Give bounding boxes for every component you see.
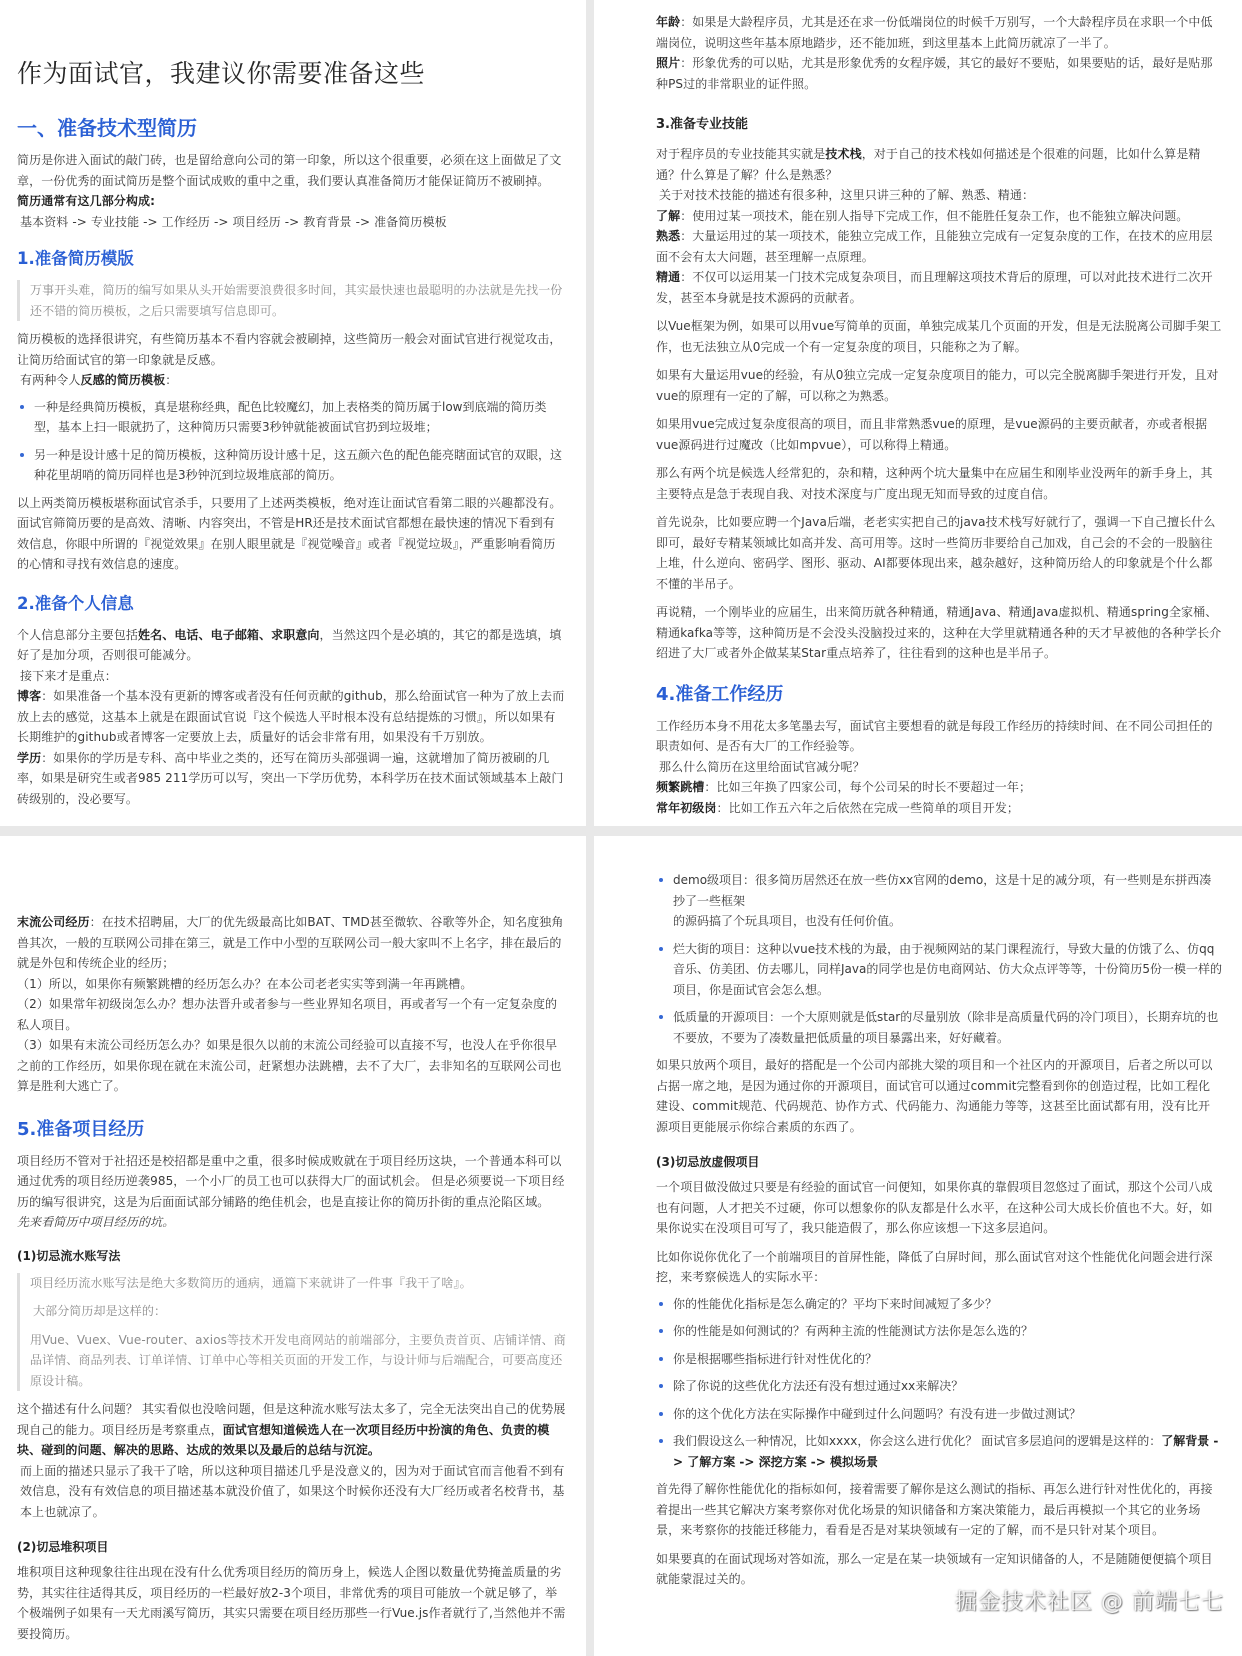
paragraph: 而上面的描述只显示了我干了啥，所以这种项目描述几乎是没意义的，因为对于面试官而言… <box>17 1461 566 1523</box>
paragraph: 以Vue框架为例，如果可以用vue写简单的页面，单独完成某几个页面的开发，但是无… <box>656 316 1222 357</box>
resume-parts-label: 简历通常有这几部分构成: <box>17 194 155 208</box>
list-item: 除了你说的这些优化方法还有没有想过通过xx来解决？ <box>656 1376 1222 1397</box>
paragraph-q1: （1）所以，如果你有频繁跳槽的经历怎么办？在本公司老老实实等到满一年再跳槽。 <box>17 974 566 995</box>
paragraph: 这个描述有什么问题？ 其实看似也没啥问题，但是这种流水账写法太多了，完全无法突出… <box>17 1399 566 1461</box>
watermark: 掘金技术社区 @ 前端七七 <box>955 1585 1224 1616</box>
list-item: 你的这个优化方法在实际操作中碰到过什么问题吗？有没有进一步做过测试？ <box>656 1404 1222 1425</box>
paragraph-low-tier: 末流公司经历：在技术招聘届，大厂的优先级最高比如BAT、TMD甚至微软、谷歌等外… <box>17 912 566 974</box>
list-item: 另一种是设计感十足的简历模板，这种简历设计感十足，这五颜六色的配色能亮瞎面试官的… <box>17 445 566 486</box>
paragraph-master: 精通：不仅可以运用某一门技术完成复杂项目，而且理解这项技术背后的原理，可以对此技… <box>656 267 1222 308</box>
paragraph: 简历模板的选择很讲究，有些简历基本不看内容就会被刷掉，这些简历一般会对面试官进行… <box>17 329 566 370</box>
paragraph: 堆积项目这种现象往往出现在没有什么优秀项目经历的简历身上，候选人企图以数量优势掩… <box>17 1562 566 1644</box>
paragraph: 再说精，一个刚毕业的应届生，出来简历就各种精通，精通Java、精通Java虚拟机… <box>656 602 1222 664</box>
list-item: demo级项目：很多简历居然还在放一些仿xx官网的demo，这是十足的减分项，有… <box>656 870 1222 932</box>
paragraph: 比如你说你优化了一个前端项目的首屏性能，降低了白屏时间，那么面试官对这个性能优化… <box>656 1247 1222 1288</box>
paragraph: 如果要真的在面试现场对答如流，那么一定是在某一块领域有一定知识储备的人，不是随随… <box>656 1549 1222 1590</box>
paragraph: 首先说杂，比如要应聘一个Java后端，老老实实把自己的java技术栈写好就行了，… <box>656 512 1222 594</box>
paragraph: 如果有大量运用vue的经验，有从0独立完成一定复杂度项目的能力，可以完全脱离脚手… <box>656 365 1222 406</box>
subheading-work-experience: 4.准备工作经历 <box>656 682 1222 708</box>
page-panel-4: demo级项目：很多简历居然还在放一些仿xx官网的demo，这是十足的减分项，有… <box>594 836 1242 1656</box>
paragraph-q3: （3）如果有末流公司经历怎么办？如果是很久以前的末流公司经验可以直接不写，也没人… <box>17 1035 566 1097</box>
quote-text: 项目经历流水账写法是绝大多数简历的通病，通篇下来就讲了一件事『我干了啥』。 <box>30 1273 566 1294</box>
page-panel-3: 末流公司经历：在技术招聘届，大厂的优先级最高比如BAT、TMD甚至微软、谷歌等外… <box>0 836 586 1656</box>
blockquote: 项目经历流水账写法是绝大多数简历的通病，通篇下来就讲了一件事『我干了啥』。 大部… <box>17 1273 566 1392</box>
paragraph: 关于对技术技能的描述有很多种，这里只讲三种的了解、熟悉、精通： <box>656 185 1222 206</box>
paragraph: 个人信息部分主要包括姓名、电话、电子邮箱、求职意向，当然这四个是必填的，其它的都… <box>17 625 566 666</box>
list-item: 你的性能是如何测试的？有两种主流的性能测试方法你是怎么选的？ <box>656 1321 1222 1342</box>
paragraph: 一个项目做没做过只要是有经验的面试官一问便知，如果你真的靠假项目忽悠过了面试，那… <box>656 1177 1222 1239</box>
paragraph: 项目经历不管对于社招还是校招都是重中之重，很多时候成败就在于项目经历这块，一个普… <box>17 1151 566 1213</box>
paragraph-know: 了解：使用过某一项技术，能在别人指导下完成工作，但不能胜任复杂工作，也不能独立解… <box>656 206 1222 227</box>
page-panel-2: 年龄：如果是大龄程序员，尤其是还在求一份低端岗位的时候千万别写，一个大龄程序员在… <box>594 0 1242 826</box>
subheading-pit-2: (2)切忌堆积项目 <box>17 1536 566 1558</box>
subheading-projects: 5.准备项目经历 <box>17 1117 566 1143</box>
list-item: 我们假设这么一种情况，比如xxxx，你会这么进行优化？ 面试官多层追问的逻辑是这… <box>656 1431 1222 1472</box>
paragraph: 有两种令人反感的简历模板： <box>17 370 566 391</box>
paragraph-job-hopping: 频繁跳槽：比如三年换了四家公司，每个公司呆的时长不要超过一年； <box>656 777 1222 798</box>
paragraph: 那么什么简历在这里给面试官减分呢？ <box>656 757 1222 778</box>
paragraph: 接下来才是重点： <box>17 666 566 687</box>
paragraph-blog: 博客：如果准备一个基本没有更新的博客或者没有任何贡献的github，那么给面试官… <box>17 686 566 748</box>
list-item: 低质量的开源项目：一个大原则就是低star的尽量别放（除非是高质量代码的冷门项目… <box>656 1007 1222 1048</box>
subheading-skills: 3.准备专业技能 <box>656 112 1222 138</box>
paragraph-q2: （2）如果常年初级岗怎么办？想办法晋升或者参与一些业界知名项目，再或者写一个有一… <box>17 994 566 1035</box>
paragraph-photo: 照片：形象优秀的可以贴，尤其是形象优秀的女程序媛，其它的最好不要贴，如果要贴的话… <box>656 53 1222 94</box>
section-intro: 简历是你进入面试的敲门砖，也是留给意向公司的第一印象，所以这个很重要，必须在这上… <box>17 150 566 191</box>
bullet-list: demo级项目：很多简历居然还在放一些仿xx官网的demo，这是十足的减分项，有… <box>656 870 1222 1048</box>
subheading-template: 1.准备简历模版 <box>17 246 566 272</box>
quote-text: 用Vue、Vuex、Vue-router、axios等技术开发电商网站的前端部分… <box>30 1330 566 1392</box>
paragraph-junior: 常年初级岗：比如工作五六年之后依然在完成一些简单的项目开发； <box>656 798 1222 819</box>
list-item: 你的性能优化指标是怎么确定的？平均下来时间减短了多少？ <box>656 1294 1222 1315</box>
paragraph-familiar: 熟悉：大量运用过的某一项技术，能独立完成工作，且能独立完成有一定复杂度的工作，在… <box>656 226 1222 267</box>
resume-parts-flow: 基本资料 -> 专业技能 -> 工作经历 -> 项目经历 -> 教育背景 -> … <box>17 212 566 233</box>
page-title: 作为面试官，我建议你需要准备这些 <box>17 54 566 94</box>
subheading-pit-1: (1)切忌流水账写法 <box>17 1245 566 1267</box>
subheading-personal-info: 2.准备个人信息 <box>17 591 566 617</box>
bullet-list: 一种是经典简历模板，真是堪称经典，配色比较魔幻，加上表格类的简历属于low到底端… <box>17 397 566 486</box>
blockquote: 万事开头难，简历的编写如果从头开始需要浪费很多时间，其实最快速也最聪明的办法就是… <box>17 280 566 321</box>
paragraph: 如果只放两个项目，最好的搭配是一个公司内部挑大梁的项目和一个社区内的开源项目，后… <box>656 1055 1222 1137</box>
list-item: 一种是经典简历模板，真是堪称经典，配色比较魔幻，加上表格类的简历属于low到底端… <box>17 397 566 438</box>
list-item: 烂大街的项目：这种以vue技术栈的为最，由于视频网站的某门课程流行，导致大量的仿… <box>656 939 1222 1001</box>
paragraph-age: 年龄：如果是大龄程序员，尤其是还在求一份低端岗位的时候千万别写，一个大龄程序员在… <box>656 12 1222 53</box>
paragraph-italic: 先来看简历中项目经历的坑。 <box>17 1212 566 1233</box>
paragraph: 对于程序员的专业技能其实就是技术栈，对于自己的技术栈如何描述是个很难的问题，比如… <box>656 144 1222 185</box>
paragraph: 以上两类简历模板堪称面试官杀手，只要用了上述两类模板，绝对连让面试官看第二眼的兴… <box>17 493 566 575</box>
quote-text: 大部分简历却是这样的： <box>30 1301 566 1322</box>
question-list: 你的性能优化指标是怎么确定的？平均下来时间减短了多少？ 你的性能是如何测试的？有… <box>656 1294 1222 1473</box>
quote-text: 万事开头难，简历的编写如果从头开始需要浪费很多时间，其实最快速也最聪明的办法就是… <box>30 280 566 321</box>
paragraph: 工作经历本身不用花太多笔墨去写，面试官主要想看的就是每段工作经历的持续时间、在不… <box>656 716 1222 757</box>
section-heading-resume: 一、准备技术型简历 <box>17 114 566 142</box>
paragraph: 如果用vue完成过复杂度很高的项目，而且非常熟悉vue的原理，是vue源码的主要… <box>656 414 1222 455</box>
paragraph: 首先得了解你性能优化的指标如何，接着需要了解你是这么测试的指标、再怎么进行针对性… <box>656 1479 1222 1541</box>
subheading-pit-3: (3)切忌放虚假项目 <box>656 1151 1222 1173</box>
paragraph-education: 学历：如果你的学历是专科、高中毕业之类的，还写在简历头部强调一遍，这就增加了简历… <box>17 748 566 810</box>
page-panel-1: 作为面试官，我建议你需要准备这些 一、准备技术型简历 简历是你进入面试的敲门砖，… <box>0 0 586 826</box>
paragraph: 那么有两个坑是候选人经常犯的，杂和精，这种两个坑大量集中在应届生和刚毕业没两年的… <box>656 463 1222 504</box>
list-item: 你是根据哪些指标进行针对性优化的？ <box>656 1349 1222 1370</box>
